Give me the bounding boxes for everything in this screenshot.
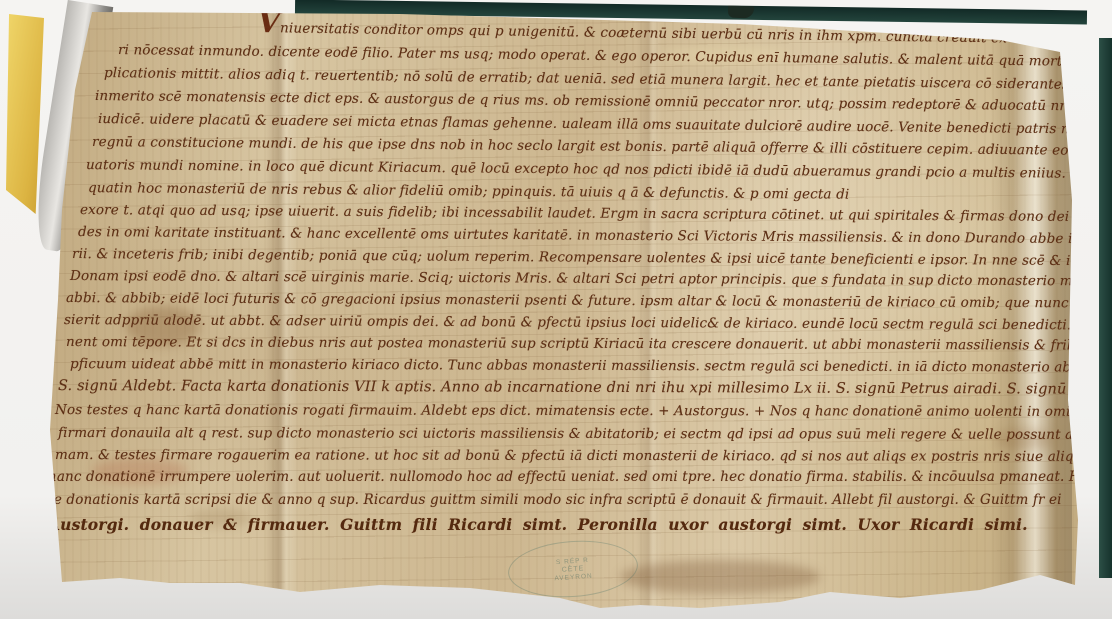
parchment: Vniuersitatis conditor omps qui p unigen… — [40, 8, 1100, 608]
yellow-mat-strip — [6, 14, 44, 214]
manuscript-line: abbi. & abbib; eidē loci futuris & cō gr… — [66, 290, 1112, 312]
manuscript-line: rii. & inceteris frib; inibi degentib; p… — [72, 246, 1112, 270]
manuscript-line: Austorgi. donauer & firmauer. Guittm fil… — [48, 515, 1028, 534]
manuscript-line: ri nōcessat inmundo. dicente eodē filio.… — [118, 42, 1112, 72]
manuscript-line: iudicē. uidere placatū & euadere sei mic… — [98, 111, 1112, 139]
photo-backdrop: Vniuersitatis conditor omps qui p unigen… — [0, 0, 1112, 619]
fold-crease — [265, 8, 299, 608]
rolled-right-edge — [990, 8, 1072, 608]
manuscript-line: sierit adppriū alodē. ut abbt. & adser u… — [64, 312, 1112, 334]
stain — [92, 458, 188, 484]
stain — [620, 560, 820, 594]
manuscript-line: ne donationis kartā scripsi die & anno q… — [45, 492, 1062, 508]
manuscript-line: S. signū Aldebt. Facta karta donationis … — [58, 378, 1112, 398]
manuscript-line: hanc donationē irrumpere uolerim. aut uo… — [48, 469, 1112, 485]
manuscript-line: exore t. atqi quo ad usq; ipse uiuerit. … — [80, 202, 1112, 226]
stain — [126, 306, 200, 346]
stamp-line: CÈTE — [561, 565, 584, 574]
manuscript-line: mam. & testes firmare rogauerim ea ratio… — [55, 447, 1112, 465]
stamp-line: AVEYRON — [554, 572, 593, 582]
manuscript-line: pficuum uideat abbē mitt in monasterio k… — [70, 356, 1112, 376]
manuscript-text: Vniuersitatis conditor omps qui p unigen… — [40, 8, 1100, 608]
manuscript-line: firmari donauila alt q rest. sup dicto m… — [58, 425, 1112, 443]
right-edge-strip — [1099, 38, 1112, 578]
manuscript-line: Donam ipsi eodē dno. & altari scē uirgin… — [70, 268, 1112, 290]
manuscript-line: des in omi karitate instituant. & hanc e… — [78, 224, 1112, 248]
manuscript-line: uatoris mundi nomine. in loco quē dicunt… — [86, 157, 1112, 183]
manuscript-line: plicationis mittit. alios adiq t. reuert… — [104, 65, 1112, 95]
manuscript-line: Nos testes q hanc kartā donationis rogat… — [55, 402, 1112, 420]
manuscript-line: inmerito scē monatensis ecte dict eps. &… — [95, 88, 1112, 116]
stamp-line: S RÉP R — [556, 556, 589, 565]
fold-crease — [636, 8, 662, 608]
stain — [190, 508, 250, 528]
stain — [660, 46, 790, 64]
manuscript-line: nent omi tēpore. Et si dcs in diebus nri… — [66, 334, 1112, 354]
manuscript-line: quatin hoc monasteriū de nris rebus & al… — [88, 180, 850, 203]
manuscript-line: regnū a constitucione mundi. de his que … — [92, 134, 1112, 160]
stain — [995, 428, 1055, 450]
archive-stamp: S RÉP R CÈTE AVEYRON — [506, 537, 640, 602]
